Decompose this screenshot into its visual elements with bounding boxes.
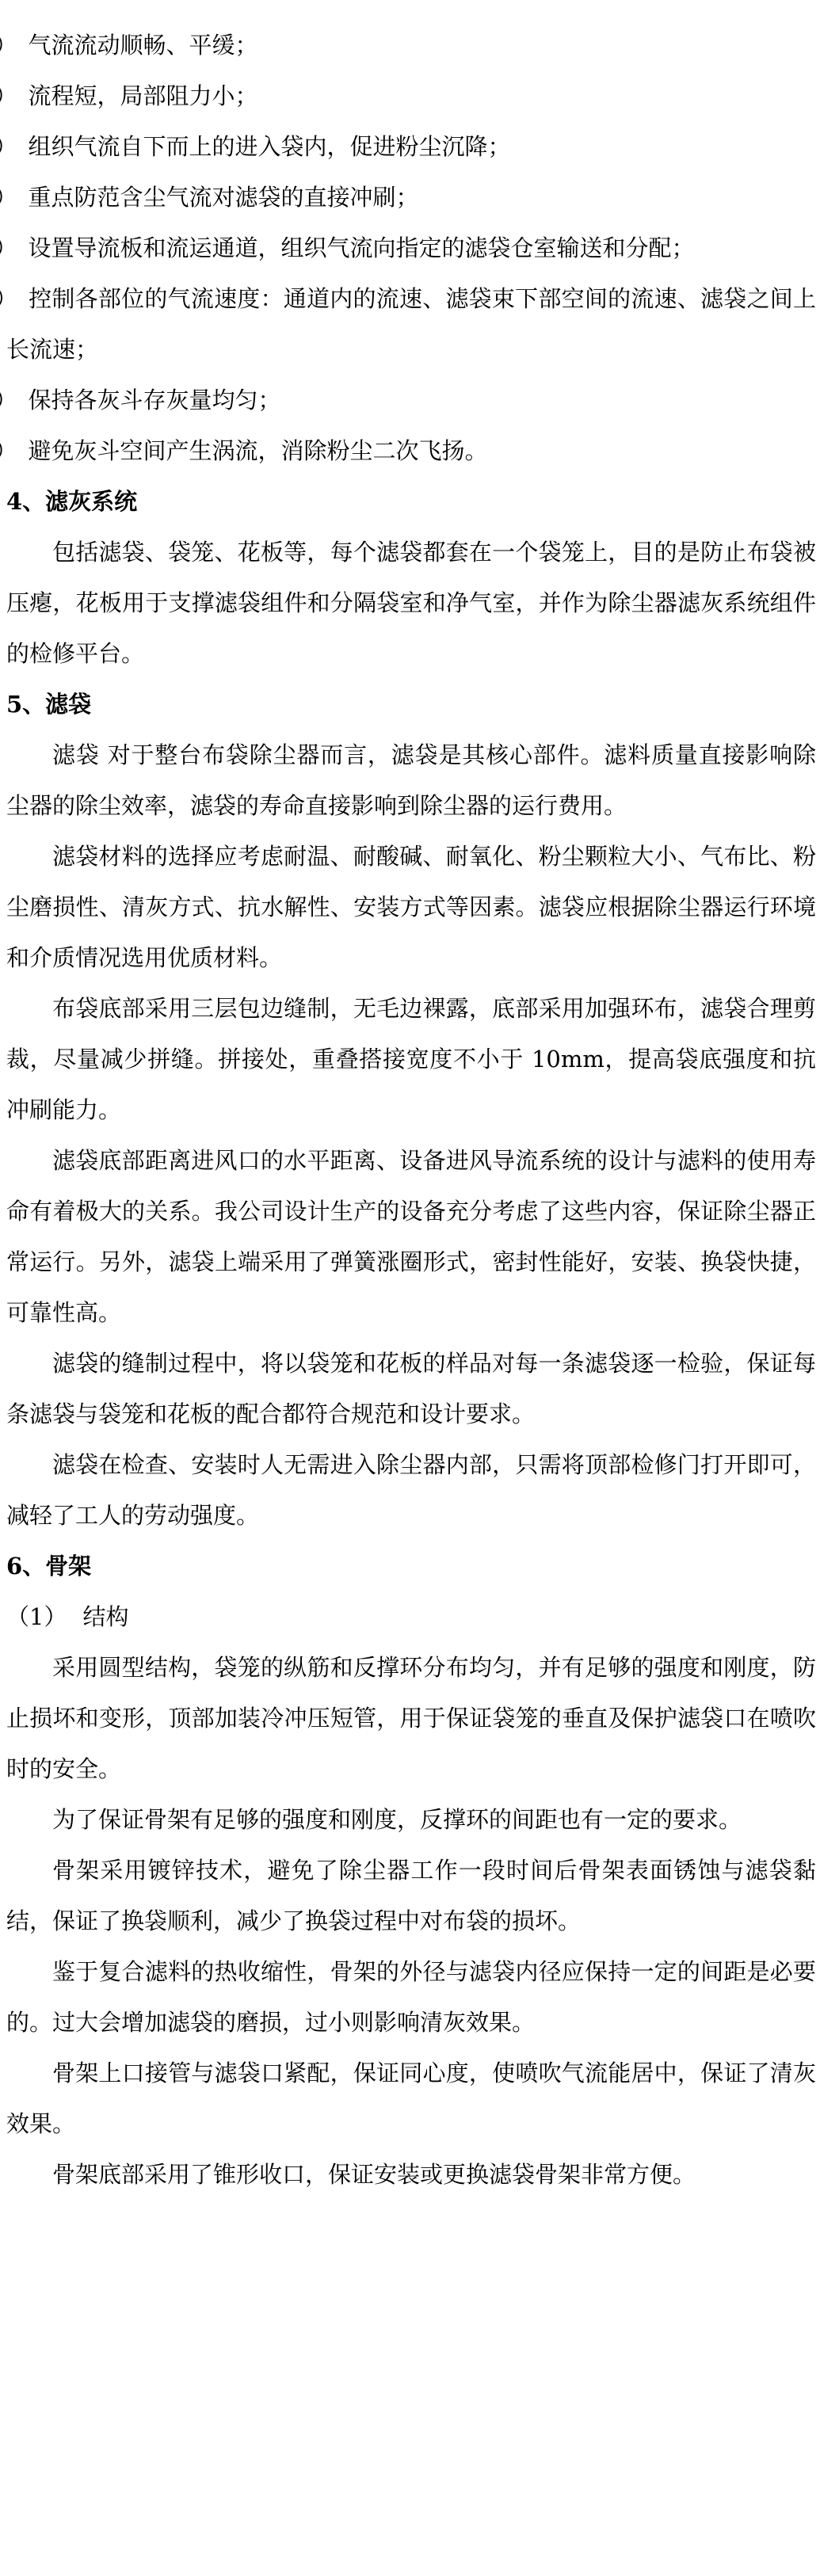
list-item-marker: （5） xyxy=(0,234,17,261)
sub-heading-marker: （1） xyxy=(6,1603,67,1630)
paragraph: 滤袋的缝制过程中，将以袋笼和花板的样品对每一条滤袋逐一检验，保证每条滤袋与袋笼和… xyxy=(6,1338,816,1439)
list-item-text: 流程短，局部阻力小； xyxy=(28,82,257,109)
list-item-text: 组织气流自下而上的进入袋内，促进粉尘沉降； xyxy=(28,133,510,160)
section-heading-5: 5、滤袋 xyxy=(6,679,816,730)
sub-heading: （1）结构 xyxy=(6,1591,816,1642)
section-heading-4: 4、滤灰系统 xyxy=(6,476,816,527)
list-item-text: 避免灰斗空间产生涡流，消除粉尘二次飞扬。 xyxy=(28,437,487,464)
list-item: （8）避免灰斗空间产生涡流，消除粉尘二次飞扬。 xyxy=(6,425,816,476)
list-item-text: 设置导流板和流运通道，组织气流向指定的滤袋仓室输送和分配； xyxy=(28,234,694,261)
paragraph: 为了保证骨架有足够的强度和刚度，反撑环的间距也有一定的要求。 xyxy=(6,1794,816,1845)
paragraph: 骨架上口接管与滤袋口紧配，保证同心度，使喷吹气流能居中，保证了清灰效果。 xyxy=(6,2048,816,2149)
list-item-marker: （1） xyxy=(0,32,17,59)
list-item-marker: （8） xyxy=(0,437,17,464)
list-item-text: 保持各灰斗存灰量均匀； xyxy=(28,387,280,413)
paragraph: 滤袋材料的选择应考虑耐温、耐酸碱、耐氧化、粉尘颗粒大小、气布比、粉尘磨损性、清灰… xyxy=(6,831,816,983)
list-item: （2）流程短，局部阻力小； xyxy=(6,70,816,121)
document-page: （1）气流流动顺畅、平缓； （2）流程短，局部阻力小； （3）组织气流自下而上的… xyxy=(0,0,820,2576)
paragraph: 鉴于复合滤料的热收缩性，骨架的外径与滤袋内径应保持一定的间距是必要的。过大会增加… xyxy=(6,1946,816,2048)
paragraph: 骨架采用镀锌技术，避免了除尘器工作一段时间后骨架表面锈蚀与滤袋黏结，保证了换袋顺… xyxy=(6,1845,816,1946)
paragraph: 包括滤袋、袋笼、花板等，每个滤袋都套在一个袋笼上，目的是防止布袋被压瘪，花板用于… xyxy=(6,527,816,679)
paragraph: 滤袋 对于整台布袋除尘器而言，滤袋是其核心部件。滤料质量直接影响除尘器的除尘效率… xyxy=(6,730,816,831)
paragraph: 采用圆型结构，袋笼的纵筋和反撑环分布均匀，并有足够的强度和刚度，防止损坏和变形，… xyxy=(6,1642,816,1794)
sub-heading-text: 结构 xyxy=(82,1603,128,1630)
list-item-marker: （3） xyxy=(0,133,17,160)
list-item-marker: （4） xyxy=(0,184,17,211)
list-item: （4）重点防范含尘气流对滤袋的直接冲刷； xyxy=(6,172,816,223)
list-item: （6）控制各部位的气流速度：通道内的流速、滤袋束下部空间的流速、滤袋之间上长流速… xyxy=(6,273,816,375)
paragraph: 滤袋在检查、安装时人无需进入除尘器内部，只需将顶部检修门打开即可，减轻了工人的劳… xyxy=(6,1439,816,1541)
list-item: （3）组织气流自下而上的进入袋内，促进粉尘沉降； xyxy=(6,121,816,172)
section-heading-6: 6、骨架 xyxy=(6,1541,816,1591)
list-item-marker: （6） xyxy=(0,285,17,312)
list-item: （1）气流流动顺畅、平缓； xyxy=(6,20,816,70)
list-item-text: 气流流动顺畅、平缓； xyxy=(28,32,257,59)
paragraph: 滤袋底部距离进风口的水平距离、设备进风导流系统的设计与滤料的使用寿命有着极大的关… xyxy=(6,1135,816,1338)
paragraph: 骨架底部采用了锥形收口，保证安装或更换滤袋骨架非常方便。 xyxy=(6,2149,816,2200)
list-item-text: 重点防范含尘气流对滤袋的直接冲刷； xyxy=(28,184,418,211)
list-item-marker: （2） xyxy=(0,82,17,109)
list-item: （7）保持各灰斗存灰量均匀； xyxy=(6,375,816,425)
list-item: （5）设置导流板和流运通道，组织气流向指定的滤袋仓室输送和分配； xyxy=(6,223,816,273)
list-item-text: 控制各部位的气流速度：通道内的流速、滤袋束下部空间的流速、滤袋之间上长流速； xyxy=(6,285,816,363)
list-item-marker: （7） xyxy=(0,387,17,413)
paragraph: 布袋底部采用三层包边缝制，无毛边裸露，底部采用加强环布，滤袋合理剪裁，尽量减少拼… xyxy=(6,983,816,1135)
